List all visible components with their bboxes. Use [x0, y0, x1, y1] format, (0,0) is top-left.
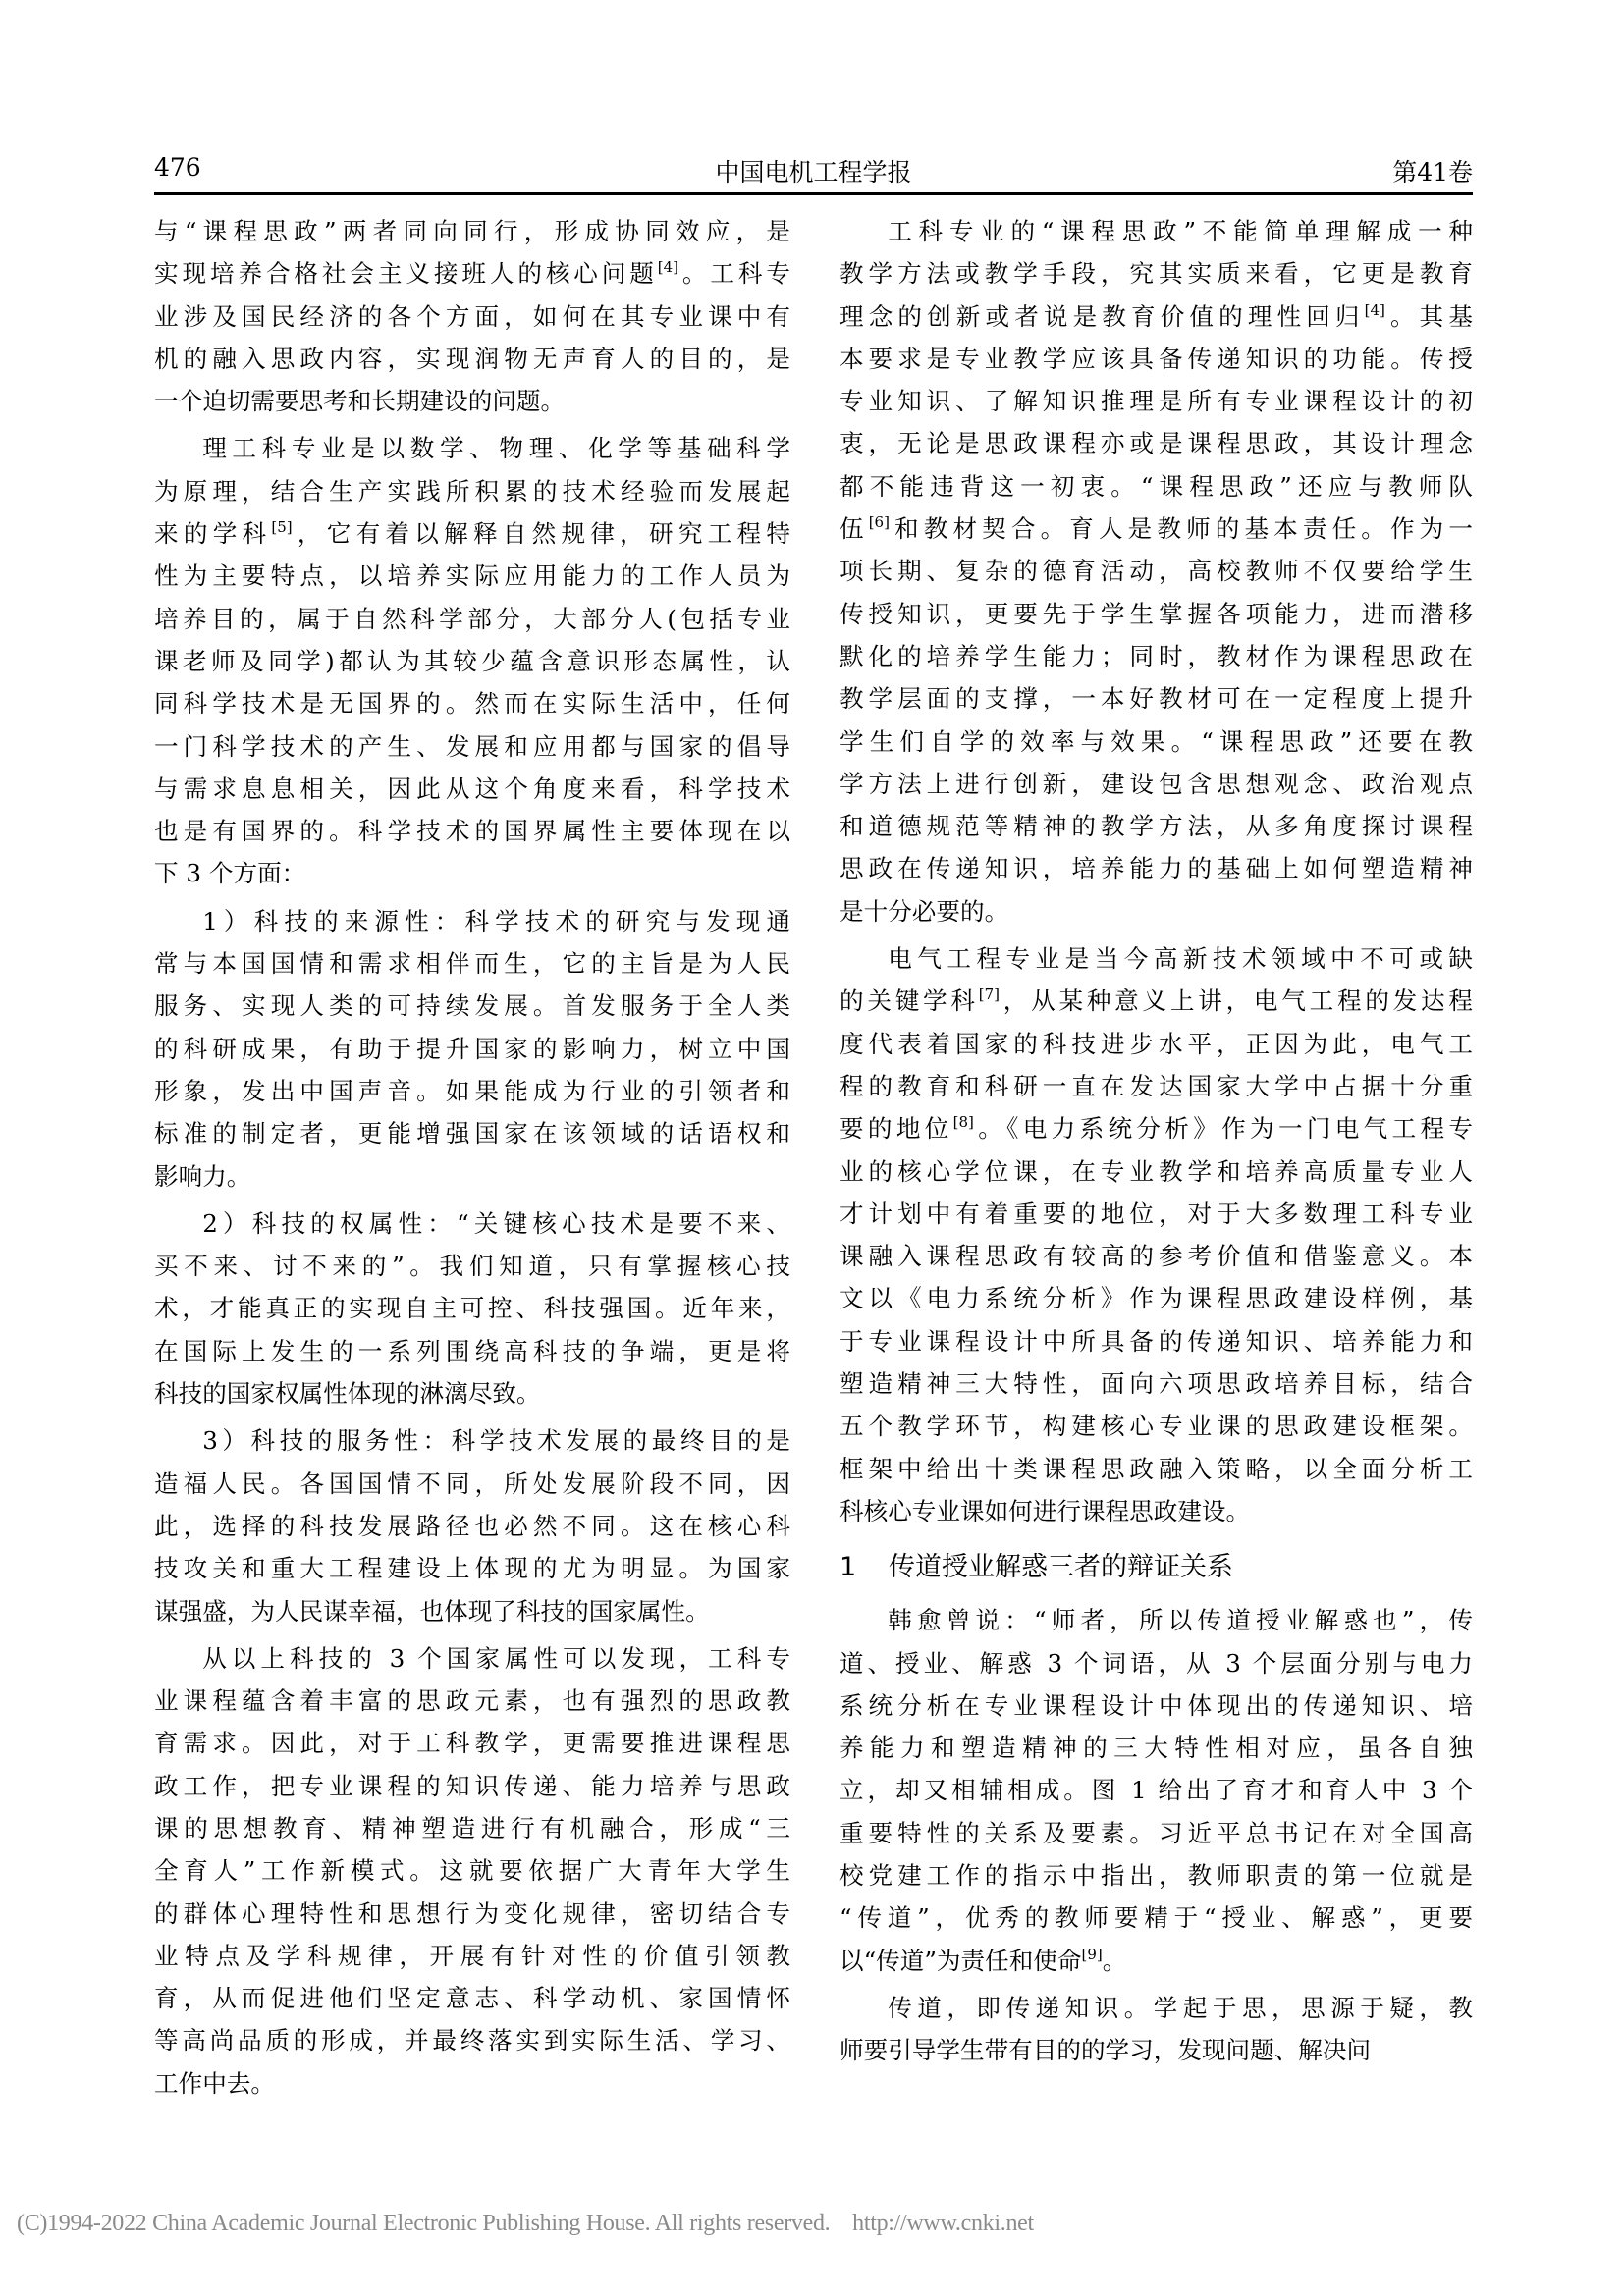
text-line: 在国际上发生的一系列围绕高科技的争端，更是将	[154, 1330, 790, 1372]
text-line: 与需求息息相关，因此从这个角度来看，科学技术	[154, 768, 790, 810]
text-line: 从以上科技的 3 个国家属性可以发现，工科专	[154, 1637, 790, 1680]
text-line: 政工作，把专业课程的知识传递、能力培养与思政	[154, 1765, 790, 1807]
citation-ref[interactable]: [7]	[979, 986, 1000, 1003]
text-line: 框架中给出十类课程思政融入策略，以全面分析工	[839, 1448, 1473, 1490]
text-line: 一个迫切需要思考和长期建设的问题。	[154, 380, 790, 422]
text-line: 养能力和塑造精神的三大特性相对应，虽各自独	[839, 1727, 1473, 1769]
text-line: 1）科技的来源性：科学技术的研究与发现通	[154, 900, 790, 942]
section-number: 1	[839, 1546, 889, 1589]
text-line: 来的学科[5]，它有着以解释自然规律，研究工程特	[154, 512, 790, 555]
text-line: 买不来、讨不来的”。我们知道，只有掌握核心技	[154, 1245, 790, 1287]
paragraph: 1）科技的来源性：科学技术的研究与发现通常与本国国情和需求相伴而生，它的主旨是为…	[154, 900, 790, 1198]
text-line: 下 3 个方面：	[154, 852, 790, 894]
copyright-text: (C)1994-2022 China Academic Journal Elec…	[17, 2211, 830, 2236]
text-line: 为原理，结合生产实践所积累的技术经验而发展起	[154, 470, 790, 512]
text-line: 科核心专业课如何进行课程思政建设。	[839, 1490, 1473, 1532]
text-line: 的群体心理特性和思想行为变化规律，密切结合专	[154, 1893, 790, 1935]
text-line: 是十分必要的。	[839, 890, 1473, 933]
text-line: 机的融入思政内容，实现润物无声育人的目的，是	[154, 338, 790, 380]
text-line: 全育人”工作新模式。这就要依据广大青年大学生	[154, 1849, 790, 1892]
running-header: 476 中国电机工程学报 第41卷	[154, 149, 1473, 192]
text-line: 理念的创新或者说是教育价值的理性回归[4]。其基	[839, 295, 1473, 338]
text-line: 业的核心学位课，在专业教学和培养高质量专业人	[839, 1150, 1473, 1193]
text-line: 校党建工作的指示中指出，教师职责的第一位就是	[839, 1854, 1473, 1896]
text-line: 以“传道”为责任和使命[9]。	[839, 1940, 1473, 1982]
text-line: 此，选择的科技发展路径也必然不同。这在核心科	[154, 1505, 790, 1547]
text-line: “传道”，优秀的教师要精于“授业、解惑”，更要	[839, 1896, 1473, 1939]
text-line: 塑造精神三大特性，面向六项思政培养目标，结合	[839, 1362, 1473, 1405]
text-line: 专业知识、了解知识推理是所有专业课程设计的初	[839, 380, 1473, 422]
text-line: 工科专业的“课程思政”不能简单理解成一种	[839, 210, 1473, 252]
text-line: 都不能违背这一初衷。“课程思政”还应与教师队	[839, 465, 1473, 507]
text-line: 教学层面的支撑，一本好教材可在一定程度上提升	[839, 677, 1473, 720]
paragraph: 从以上科技的 3 个国家属性可以发现，工科专业课程蕴含着丰富的思政元素，也有强烈…	[154, 1637, 790, 2105]
text-line: 实现培养合格社会主义接班人的核心问题[4]。工科专	[154, 252, 790, 294]
volume-label: 第41卷	[1392, 153, 1473, 188]
citation-ref[interactable]: [6]	[869, 513, 890, 531]
text-line: 电气工程专业是当今高新技术领域中不可或缺	[839, 937, 1473, 980]
paragraph: 理工科专业是以数学、物理、化学等基础科学为原理，结合生产实践所积累的技术经验而发…	[154, 427, 790, 894]
header-divider	[154, 192, 1473, 195]
text-line: 课的思想教育、精神塑造进行有机融合，形成“三	[154, 1807, 790, 1849]
text-line: 科技的国家权属性体现的淋漓尽致。	[154, 1372, 790, 1415]
text-line: 也是有国界的。科学技术的国界属性主要体现在以	[154, 810, 790, 852]
text-line: 与“课程思政”两者同向同行，形成协同效应，是	[154, 210, 790, 252]
text-line: 谋强盛，为人民谋幸福，也体现了科技的国家属性。	[154, 1590, 790, 1632]
section-heading: 1传道授业解惑三者的辩证关系	[839, 1546, 1473, 1589]
citation-ref[interactable]: [8]	[953, 1113, 974, 1131]
section-title: 传道授业解惑三者的辩证关系	[889, 1552, 1233, 1582]
paragraph: 电气工程专业是当今高新技术领域中不可或缺的关键学科[7]，从某种意义上讲，电气工…	[839, 937, 1473, 1532]
text-line: 传授知识，更要先于学生掌握各项能力，进而潜移	[839, 593, 1473, 635]
copyright-footer: (C)1994-2022 China Academic Journal Elec…	[17, 2211, 1034, 2237]
text-line: 培养目的，属于自然科学部分，大部分人(包括专业	[154, 598, 790, 640]
text-line: 课融入课程思政有较高的参考价值和借鉴意义。本	[839, 1235, 1473, 1277]
text-line: 业涉及国民经济的各个方面，如何在其专业课中有	[154, 295, 790, 338]
text-line: 业课程蕴含着丰富的思政元素，也有强烈的思政教	[154, 1680, 790, 1722]
text-line: 工作中去。	[154, 2062, 790, 2105]
text-line: 常与本国国情和需求相伴而生，它的主旨是为人民	[154, 942, 790, 985]
text-line: 伍[6]和教材契合。育人是教师的基本责任。作为一	[839, 507, 1473, 550]
text-line: 韩愈曾说：“师者，所以传道授业解惑也”，传	[839, 1599, 1473, 1641]
text-line: 衷，无论是思政课程亦或是课程思政，其设计理念	[839, 422, 1473, 464]
text-line: 程的教育和科研一直在发达国家大学中占据十分重	[839, 1065, 1473, 1107]
citation-ref[interactable]: [5]	[271, 518, 292, 536]
paragraph: 工科专业的“课程思政”不能简单理解成一种教学方法或教学手段，究其实质来看，它更是…	[839, 210, 1473, 933]
text-line: 术，才能真正的实现自主可控、科技强国。近年来，	[154, 1287, 790, 1329]
text-line: 服务、实现人类的可持续发展。首发服务于全人类	[154, 985, 790, 1027]
text-line: 和道德规范等精神的教学方法，从多角度探讨课程	[839, 805, 1473, 847]
text-line: 的科研成果，有助于提升国家的影响力，树立中国	[154, 1028, 790, 1070]
text-line: 重要特性的关系及要素。习近平总书记在对全国高	[839, 1812, 1473, 1854]
citation-ref[interactable]: [4]	[658, 258, 678, 276]
text-line: 育需求。因此，对于工科教学，更需要推进课程思	[154, 1722, 790, 1764]
text-line: 才计划中有着重要的地位，对于大多数理工科专业	[839, 1193, 1473, 1235]
text-line: 的关键学科[7]，从某种意义上讲，电气工程的发达程	[839, 980, 1473, 1022]
text-line: 传道，即传递知识。学起于思，思源于疑，教	[839, 1987, 1473, 2029]
text-line: 要的地位[8]。《电力系统分析》作为一门电气工程专	[839, 1107, 1473, 1149]
text-line: 性为主要特点，以培养实际应用能力的工作人员为	[154, 555, 790, 597]
text-line: 师要引导学生带有目的的学习，发现问题、解决问	[839, 2029, 1473, 2071]
text-line: 影响力。	[154, 1155, 790, 1198]
text-line: 学生们自学的效率与效果。“课程思政”还要在教	[839, 721, 1473, 763]
text-line: 学方法上进行创新，建设包含思想观念、政治观点	[839, 763, 1473, 805]
paragraph: 韩愈曾说：“师者，所以传道授业解惑也”，传道、授业、解惑 3 个词语，从 3 个…	[839, 1599, 1473, 1982]
citation-ref[interactable]: [9]	[1082, 1946, 1103, 1963]
page-number: 476	[154, 153, 201, 182]
journal-title: 中国电机工程学报	[715, 153, 911, 188]
citation-ref[interactable]: [4]	[1365, 301, 1385, 319]
text-line: 立，却又相辅相成。图 1 给出了育才和育人中 3 个	[839, 1769, 1473, 1811]
text-line: 一门科学技术的产生、发展和应用都与国家的倡导	[154, 725, 790, 768]
text-line: 文以《电力系统分析》作为课程思政建设样例，基	[839, 1277, 1473, 1319]
text-line: 系统分析在专业课程设计中体现出的传递知识、培	[839, 1684, 1473, 1727]
footer-url: http://www.cnki.net	[852, 2211, 1034, 2236]
text-line: 思政在传递知识，培养能力的基础上如何塑造精神	[839, 847, 1473, 889]
text-line: 本要求是专业教学应该具备传递知识的功能。传授	[839, 338, 1473, 380]
paragraph: 3）科技的服务性：科学技术发展的最终目的是造福人民。各国国情不同，所处发展阶段不…	[154, 1419, 790, 1631]
paragraph: 2）科技的权属性：“关键核心技术是要不来、买不来、讨不来的”。我们知道，只有掌握…	[154, 1202, 790, 1415]
text-line: 形象，发出中国声音。如果能成为行业的引领者和	[154, 1070, 790, 1112]
text-line: 业特点及学科规律，开展有针对性的价值引领教	[154, 1935, 790, 1977]
text-line: 课老师及同学)都认为其较少蕴含意识形态属性，认	[154, 640, 790, 682]
text-line: 标准的制定者，更能增强国家在该领域的话语权和	[154, 1112, 790, 1154]
paragraph: 与“课程思政”两者同向同行，形成协同效应，是实现培养合格社会主义接班人的核心问题…	[154, 210, 790, 422]
text-line: 理工科专业是以数学、物理、化学等基础科学	[154, 427, 790, 469]
paragraph: 传道，即传递知识。学起于思，思源于疑，教师要引导学生带有目的的学习，发现问题、解…	[839, 1987, 1473, 2072]
text-line: 造福人民。各国国情不同，所处发展阶段不同，因	[154, 1463, 790, 1505]
text-line: 育，从而促进他们坚定意志、科学动机、家国情怀	[154, 1977, 790, 2019]
left-column: 与“课程思政”两者同向同行，形成协同效应，是实现培养合格社会主义接班人的核心问题…	[154, 210, 790, 2109]
text-line: 项长期、复杂的德育活动，高校教师不仅要给学生	[839, 550, 1473, 592]
text-line: 3）科技的服务性：科学技术发展的最终目的是	[154, 1419, 790, 1462]
text-line: 同科学技术是无国界的。然而在实际生活中，任何	[154, 682, 790, 724]
text-line: 五个教学环节，构建核心专业课的思政建设框架。	[839, 1405, 1473, 1447]
text-line: 道、授业、解惑 3 个词语，从 3 个层面分别与电力	[839, 1642, 1473, 1684]
text-line: 度代表着国家的科技进步水平，正因为此，电气工	[839, 1023, 1473, 1065]
text-line: 教学方法或教学手段，究其实质来看，它更是教育	[839, 252, 1473, 294]
text-line: 2）科技的权属性：“关键核心技术是要不来、	[154, 1202, 790, 1245]
text-line: 等高尚品质的形成，并最终落实到实际生活、学习、	[154, 2019, 790, 2061]
text-line: 于专业课程设计中所具备的传递知识、培养能力和	[839, 1320, 1473, 1362]
text-line: 技攻关和重大工程建设上体现的尤为明显。为国家	[154, 1547, 790, 1589]
right-column: 工科专业的“课程思政”不能简单理解成一种教学方法或教学手段，究其实质来看，它更是…	[839, 210, 1473, 2076]
text-line: 默化的培养学生能力；同时，教材作为课程思政在	[839, 635, 1473, 677]
